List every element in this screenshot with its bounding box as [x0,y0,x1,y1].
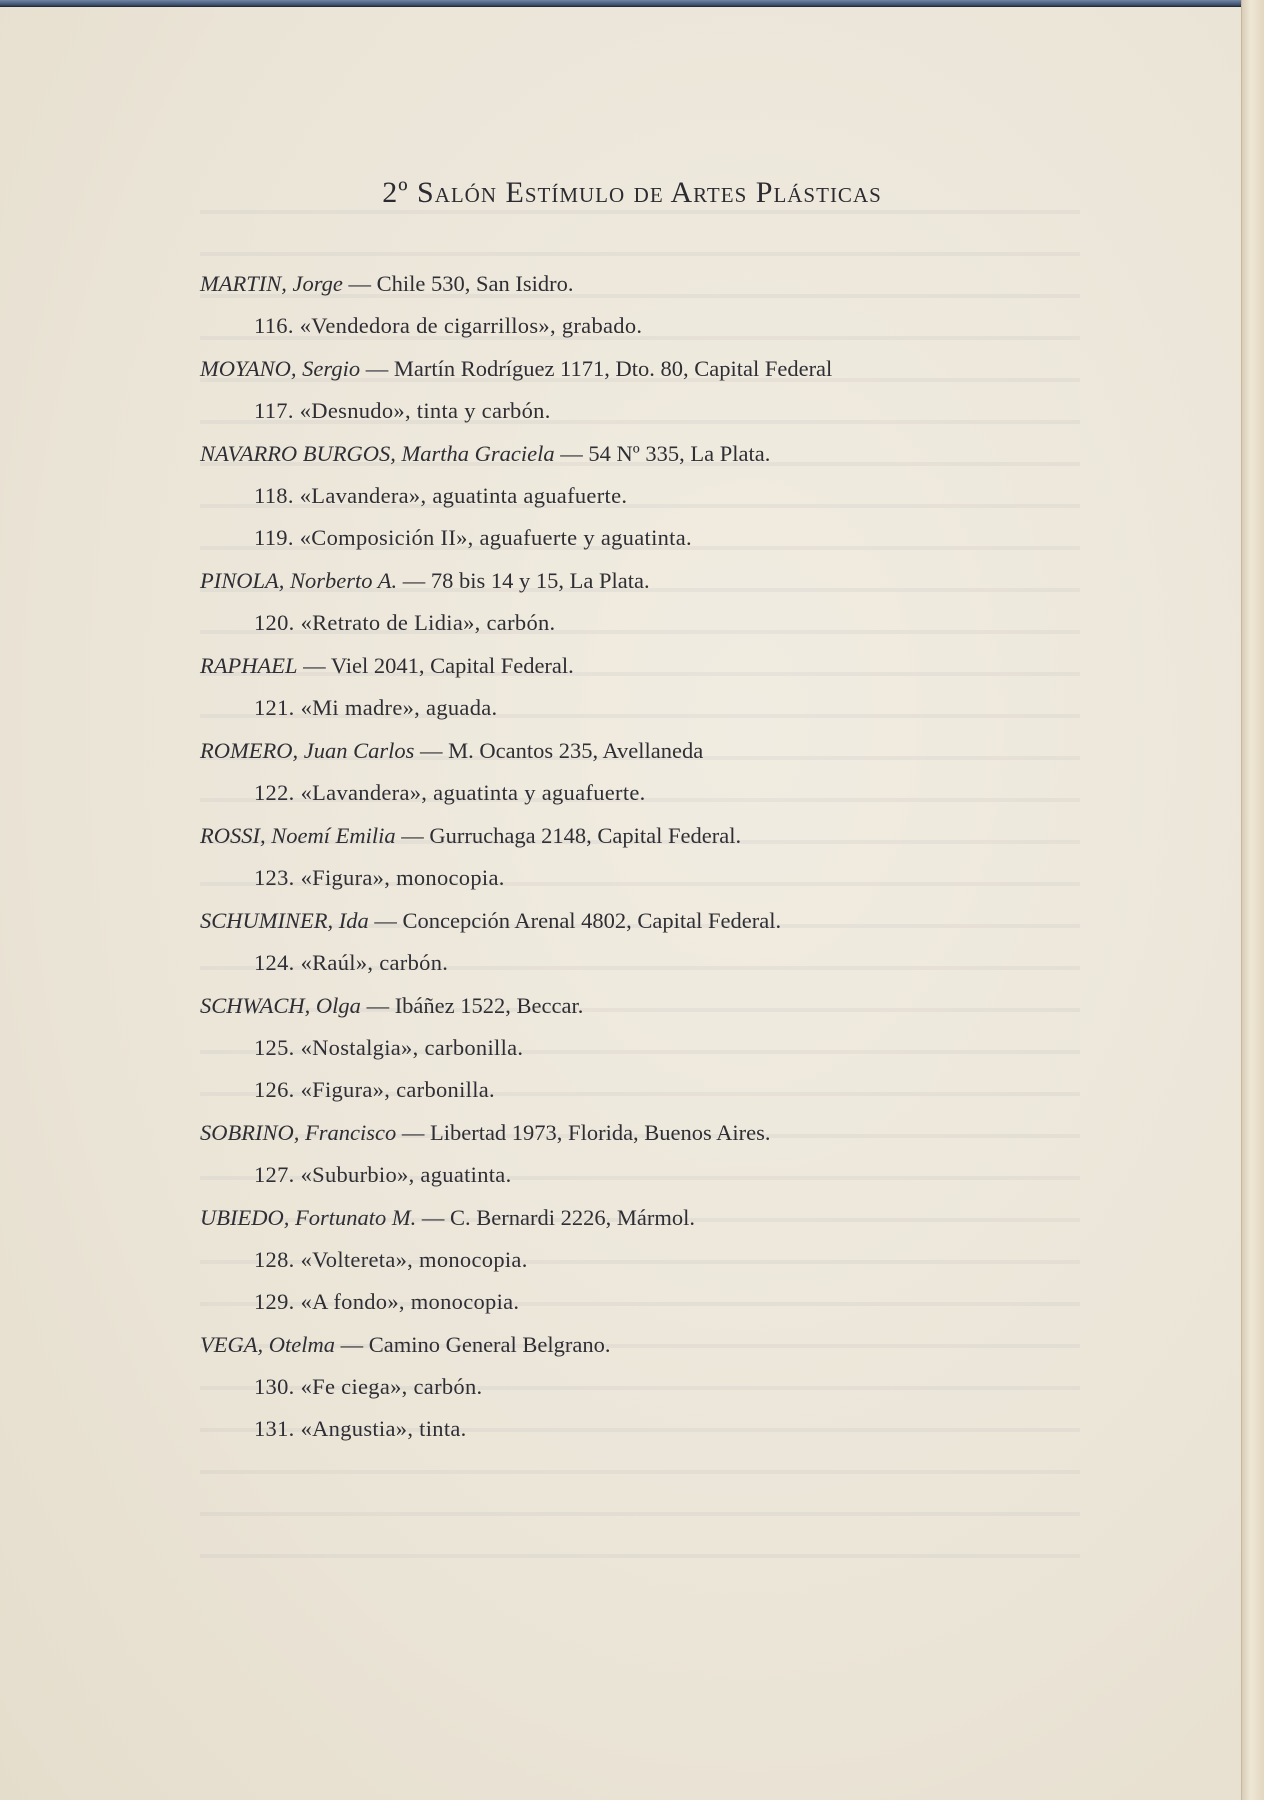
artwork-item: 124.«Raúl», carbón. [200,942,1080,984]
artwork-item: 126.«Figura», carbonilla. [200,1069,1080,1111]
artwork-description: «Lavandera», aguatinta aguafuerte. [300,483,628,508]
artist-address: — Libertad 1973, Florida, Buenos Aires. [396,1120,770,1145]
artist-address: — M. Ocantos 235, Avellaneda [414,738,703,763]
artwork-number: 128. [254,1247,295,1272]
artwork-item: 123.«Figura», monocopia. [200,857,1080,899]
artwork-description: «Figura», monocopia. [301,865,505,890]
artwork-item: 117.«Desnudo», tinta y carbón. [200,390,1080,432]
artwork-item: 118.«Lavandera», aguatinta aguafuerte. [200,475,1080,517]
artist-name: ROMERO, Juan Carlos [200,738,414,763]
artwork-description: «Figura», carbonilla. [301,1077,495,1102]
artist-address: — 78 bis 14 y 15, La Plata. [397,568,649,593]
artwork-number: 121. [254,695,295,720]
scan-top-edge [0,0,1264,7]
artwork-number: 116. [254,313,294,338]
artist-entry: UBIEDO, Fortunato M. — C. Bernardi 2226,… [200,1196,1080,1239]
artist-address: — Camino General Belgrano. [335,1332,611,1357]
artwork-description: «Composición II», aguafuerte y aguatinta… [300,525,692,550]
artwork-item: 125.«Nostalgia», carbonilla. [200,1027,1080,1069]
page-spine-edge [1241,0,1264,1800]
artwork-number: 117. [254,398,294,423]
artwork-number: 119. [254,525,294,550]
artist-name: MOYANO, Sergio [200,356,360,381]
artwork-description: «Lavandera», aguatinta y aguafuerte. [301,780,646,805]
artwork-item: 127.«Suburbio», aguatinta. [200,1154,1080,1196]
artist-entry: MOYANO, Sergio — Martín Rodríguez 1171, … [200,347,1080,390]
artist-name: UBIEDO, Fortunato M. [200,1205,416,1230]
artwork-number: 127. [254,1162,295,1187]
artwork-number: 123. [254,865,295,890]
artwork-description: «Retrato de Lidia», carbón. [301,610,556,635]
artwork-number: 124. [254,950,295,975]
artist-name: SCHUMINER, Ida [200,908,369,933]
artist-entry: RAPHAEL — Viel 2041, Capital Federal. [200,644,1080,687]
artwork-description: «A fondo», monocopia. [301,1289,520,1314]
artist-entry: PINOLA, Norberto A. — 78 bis 14 y 15, La… [200,559,1080,602]
artist-address: — 54 Nº 335, La Plata. [555,441,771,466]
artist-entry: VEGA, Otelma — Camino General Belgrano. [200,1323,1080,1366]
artist-address: — Chile 530, San Isidro. [343,271,574,296]
artwork-description: «Vendedora de cigarrillos», grabado. [300,313,643,338]
artist-entry: SCHWACH, Olga — Ibáñez 1522, Beccar. [200,984,1080,1027]
artist-name: SCHWACH, Olga [200,993,361,1018]
artwork-item: 130.«Fe ciega», carbón. [200,1366,1080,1408]
artist-address: — Concepción Arenal 4802, Capital Federa… [369,908,781,933]
artist-address: — Viel 2041, Capital Federal. [297,653,573,678]
artwork-number: 126. [254,1077,295,1102]
artwork-number: 118. [254,483,294,508]
artwork-item: 119.«Composición II», aguafuerte y aguat… [200,517,1080,559]
artwork-number: 125. [254,1035,295,1060]
artwork-item: 131.«Angustia», tinta. [200,1408,1080,1450]
artwork-item: 128.«Voltereta», monocopia. [200,1239,1080,1281]
artist-entry: ROSSI, Noemí Emilia — Gurruchaga 2148, C… [200,814,1080,857]
artist-address: — C. Bernardi 2226, Mármol. [416,1205,695,1230]
page-title: 2º Salón Estímulo de Artes Plásticas [0,176,1264,210]
artwork-number: 129. [254,1289,295,1314]
artwork-description: «Desnudo», tinta y carbón. [300,398,551,423]
artwork-item: 120.«Retrato de Lidia», carbón. [200,602,1080,644]
artwork-description: «Suburbio», aguatinta. [301,1162,512,1187]
artist-name: SOBRINO, Francisco [200,1120,396,1145]
artwork-description: «Fe ciega», carbón. [301,1374,483,1399]
artwork-number: 122. [254,780,295,805]
artwork-number: 131. [254,1416,295,1441]
artwork-item: 116.«Vendedora de cigarrillos», grabado. [200,305,1080,347]
artist-list: MARTIN, Jorge — Chile 530, San Isidro.11… [200,262,1080,1450]
artist-name: MARTIN, Jorge [200,271,343,296]
artist-entry: MARTIN, Jorge — Chile 530, San Isidro. [200,262,1080,305]
artwork-number: 120. [254,610,295,635]
artist-entry: ROMERO, Juan Carlos — M. Ocantos 235, Av… [200,729,1080,772]
artist-address: — Gurruchaga 2148, Capital Federal. [396,823,742,848]
artwork-number: 130. [254,1374,295,1399]
artwork-description: «Angustia», tinta. [301,1416,467,1441]
artwork-item: 121.«Mi madre», aguada. [200,687,1080,729]
artwork-description: «Raúl», carbón. [301,950,449,975]
artist-name: ROSSI, Noemí Emilia [200,823,396,848]
artist-address: — Ibáñez 1522, Beccar. [361,993,583,1018]
artist-entry: SOBRINO, Francisco — Libertad 1973, Flor… [200,1111,1080,1154]
artist-name: VEGA, Otelma [200,1332,335,1357]
artwork-description: «Voltereta», monocopia. [301,1247,528,1272]
artist-name: NAVARRO BURGOS, Martha Graciela [200,441,555,466]
artwork-description: «Mi madre», aguada. [301,695,498,720]
artist-entry: SCHUMINER, Ida — Concepción Arenal 4802,… [200,899,1080,942]
artwork-item: 122.«Lavandera», aguatinta y aguafuerte. [200,772,1080,814]
artist-name: RAPHAEL [200,653,297,678]
artist-address: — Martín Rodríguez 1171, Dto. 80, Capita… [360,356,832,381]
artist-name: PINOLA, Norberto A. [200,568,397,593]
artist-entry: NAVARRO BURGOS, Martha Graciela — 54 Nº … [200,432,1080,475]
artwork-item: 129.«A fondo», monocopia. [200,1281,1080,1323]
artwork-description: «Nostalgia», carbonilla. [301,1035,524,1060]
